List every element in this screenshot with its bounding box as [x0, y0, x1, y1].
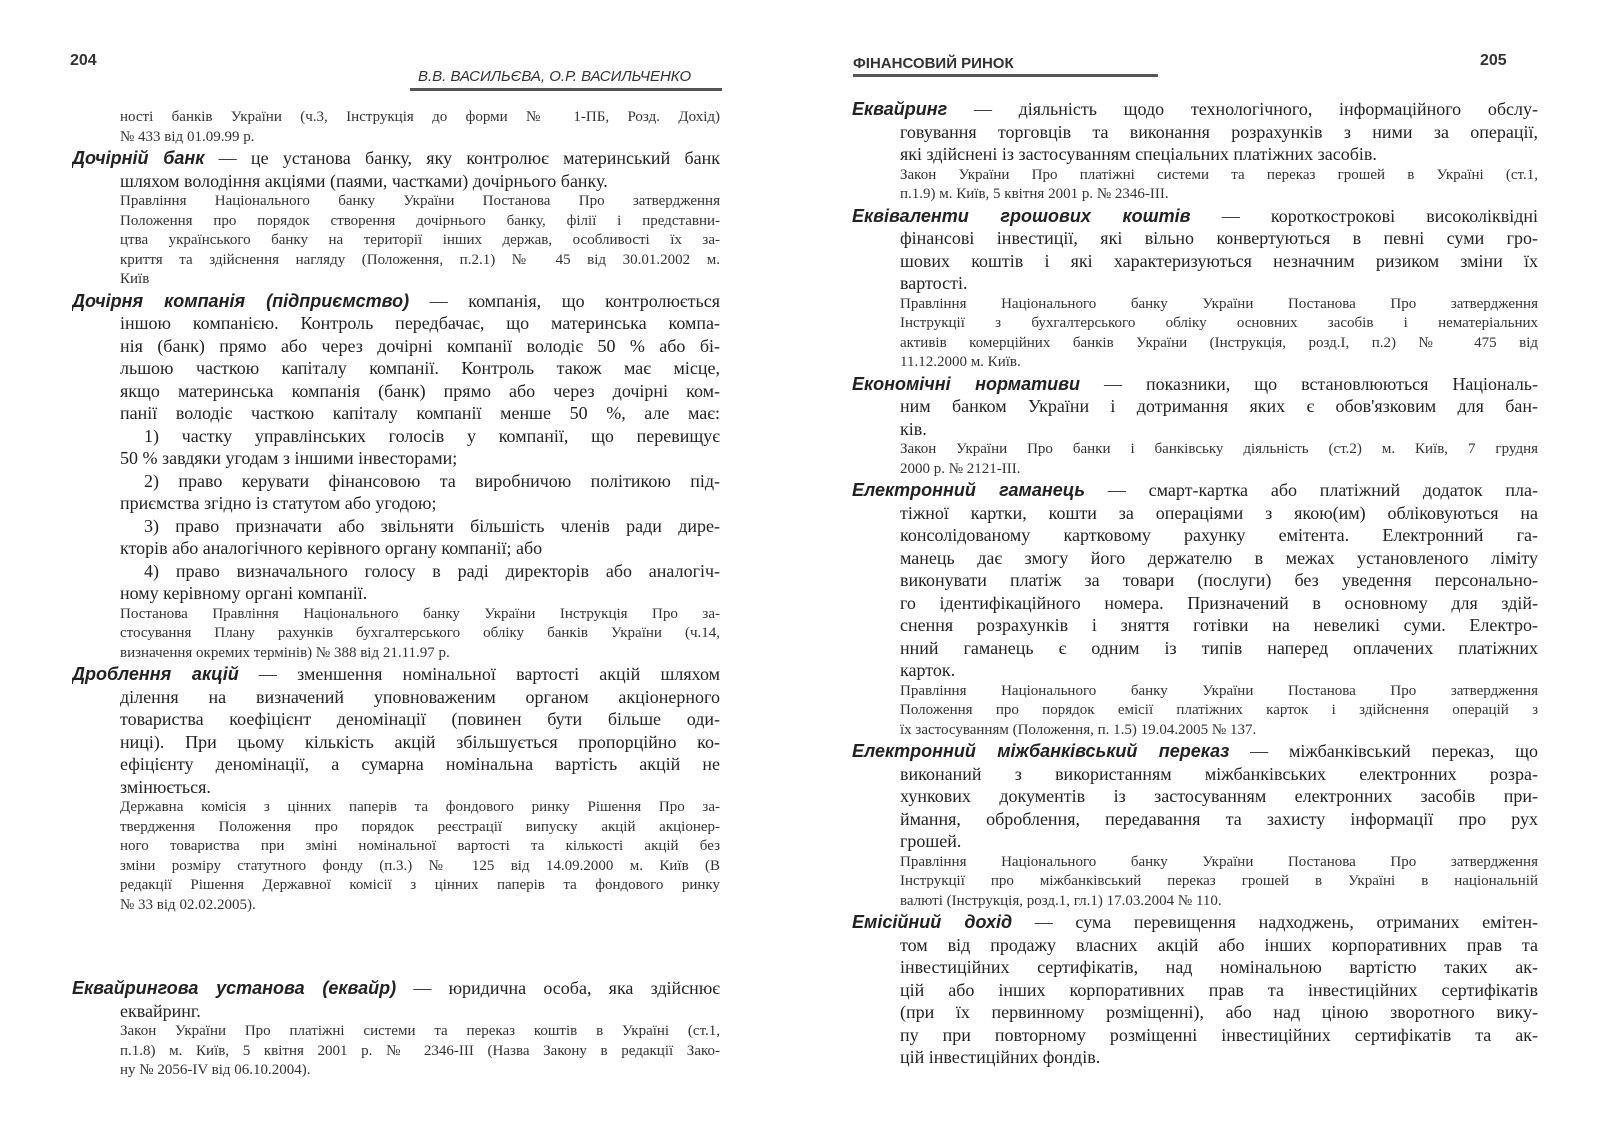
source-reference: № 33 від 02.02.2005).	[72, 896, 720, 916]
source-reference: Державна комісія з цінних паперів та фон…	[72, 798, 720, 818]
header-rule	[853, 74, 1158, 77]
source-reference: Правління Національного банку України По…	[852, 682, 1538, 702]
page-content: Еквайринг — діяльність щодо технологічно…	[852, 98, 1538, 1069]
entry-first-line: Електронний міжбанківський переказ — між…	[852, 740, 1538, 763]
glossary-entry: Дроблення акцій — зменшення номінальної …	[72, 663, 720, 915]
entry-first-line: Економічні нормативи — показники, що вст…	[852, 373, 1538, 396]
source-reference: ності банків України (ч.3, Інструкція до…	[72, 108, 720, 128]
definition-line: льшою часткою капіталу компанії. Контрол…	[72, 357, 720, 380]
definition-line: том від продажу власних акцій або інших …	[852, 934, 1538, 957]
glossary-entry: Еквайрингова установа (еквайр) — юридичн…	[72, 977, 720, 1081]
running-head: В.В. ВАСИЛЬЄВА, О.Р. ВАСИЛЬЧЕНКО	[418, 68, 691, 85]
definition-line: змінюється.	[72, 776, 720, 799]
source-reference: Інструкції про міжбанківський переказ гр…	[852, 872, 1538, 892]
source-reference: твердження Положення про порядок реєстра…	[72, 818, 720, 838]
list-item-line: 1) частку управлінських голосів у компан…	[72, 425, 720, 448]
glossary-entry: Електронний гаманець — смарт-картка або …	[852, 479, 1538, 740]
source-reference: ну № 2056-IV від 06.10.2004).	[72, 1061, 720, 1081]
definition-line: манець дає змогу його держателю в межах …	[852, 547, 1538, 570]
definition-line: виконаний з використанням міжбанківських…	[852, 763, 1538, 786]
entry-first-line: Еквайринг — діяльність щодо технологічно…	[852, 98, 1538, 121]
spacer	[72, 915, 720, 977]
definition-line: карток.	[852, 659, 1538, 682]
definition-line: тіжної картки, кошти за операціями з яко…	[852, 502, 1538, 525]
source-reference: Правління Національного банку України По…	[852, 295, 1538, 315]
glossary-entry: ності банків України (ч.3, Інструкція до…	[72, 108, 720, 147]
definition-text: — діяльність щодо технологічного, інформ…	[947, 99, 1538, 119]
glossary-entry: Електронний міжбанківський переказ — між…	[852, 740, 1538, 911]
definition-text: — зменшення номінальної вартості акцій ш…	[239, 664, 720, 684]
list-item-line: ному керівному органі компанії.	[72, 582, 720, 605]
definition-line: ефіцієнту деномінації, а сумарна номінал…	[72, 753, 720, 776]
glossary-entry: Еквіваленти грошових коштів — короткостр…	[852, 205, 1538, 373]
glossary-entry: Дочірня компанія (підприємство) — компан…	[72, 290, 720, 664]
entry-first-line: Дочірня компанія (підприємство) — компан…	[72, 290, 720, 313]
definition-text: — короткострокові високоліквідні	[1191, 206, 1538, 226]
entry-first-line: Електронний гаманець — смарт-картка або …	[852, 479, 1538, 502]
definition-line: пу при повторному розміщенні інвестиційн…	[852, 1024, 1538, 1047]
source-reference: Правління Національного банку України По…	[852, 853, 1538, 873]
source-reference: п.1.8) м. Київ, 5 квітня 2001 р. № 2346-…	[72, 1042, 720, 1062]
list-item-line: кторів або аналогічного керівного органу…	[72, 537, 720, 560]
definition-line: виконувати платіж за товари (послуги) бе…	[852, 569, 1538, 592]
source-reference: № 433 від 01.09.99 р.	[72, 128, 720, 148]
definition-line: іншою компанією. Контроль передбачає, що…	[72, 312, 720, 335]
source-reference: 11.12.2000 м. Київ.	[852, 353, 1538, 373]
definition-line: снення розрахунків і зняття готівки на н…	[852, 614, 1538, 637]
list-item-line: приємства згідно із статутом або угодою;	[72, 492, 720, 515]
glossary-term: Еквіваленти грошових коштів	[852, 206, 1191, 226]
source-reference: ного товариства при зміні номінальної ва…	[72, 837, 720, 857]
source-reference: Положення про порядок створення дочірньо…	[72, 212, 720, 232]
running-head: ФІНАНСОВИЙ РИНОК	[853, 55, 1014, 72]
source-reference: Закон України Про платіжні системи та пе…	[72, 1022, 720, 1042]
glossary-term: Електронний міжбанківський переказ	[852, 741, 1229, 761]
definition-line: хункових документів із застосуванням еле…	[852, 785, 1538, 808]
definition-line: ділення на визначений уповноваженим орга…	[72, 686, 720, 709]
list-item-line: 3) право призначати або звільняти більші…	[72, 515, 720, 538]
source-reference: 2000 р. № 2121-III.	[852, 460, 1538, 480]
definition-text: — смарт-картка або платіжний додаток пла…	[1085, 480, 1538, 500]
definition-line: фінансові інвестиції, які вільно конверт…	[852, 227, 1538, 250]
entry-first-line: Еквіваленти грошових коштів — короткостр…	[852, 205, 1538, 228]
glossary-entry: Еквайринг — діяльність щодо технологічно…	[852, 98, 1538, 205]
source-reference: визначення окремих термінів) № 388 від 2…	[72, 644, 720, 664]
right-page: ФІНАНСОВИЙ РИНОК 205 Еквайринг — діяльні…	[800, 0, 1614, 1134]
definition-line: товариства коефіцієнт деномінації (повин…	[72, 708, 720, 731]
glossary-term: Еквайринг	[852, 99, 947, 119]
page-content: ності банків України (ч.3, Інструкція до…	[72, 108, 720, 1081]
glossary-term: Дочірня компанія (підприємство)	[72, 291, 409, 311]
header-rule	[410, 88, 722, 91]
source-reference: стосування Плану рахунків бухгалтерськог…	[72, 624, 720, 644]
list-item-line: 2) право керувати фінансовою та виробнич…	[72, 470, 720, 493]
definition-text: — показники, що встановлюються Національ…	[1080, 374, 1538, 394]
source-reference: валюті (Інструкція, розд.1, гл.1) 17.03.…	[852, 892, 1538, 912]
source-reference: активів комерційних банків України (Інст…	[852, 334, 1538, 354]
list-item-line: 50 % завдяки угодам з іншими інвесторами…	[72, 447, 720, 470]
definition-line: цій інвестиційних фондів.	[852, 1046, 1538, 1069]
definition-line: ймання, оброблення, передавання та захис…	[852, 808, 1538, 831]
definition-line: грошей.	[852, 830, 1538, 853]
page-number: 205	[1480, 52, 1507, 70]
definition-line: інвестиційних сертифікатів, над номіналь…	[852, 956, 1538, 979]
definition-line: консолідованому картковому рахунку еміте…	[852, 524, 1538, 547]
definition-line: вартості.	[852, 272, 1538, 295]
entry-first-line: Дроблення акцій — зменшення номінальної …	[72, 663, 720, 686]
definition-line: шових коштів і які характеризуються незн…	[852, 250, 1538, 273]
page-number: 204	[70, 52, 97, 70]
definition-text: — міжбанківський переказ, що	[1229, 741, 1538, 761]
definition-line: цій або інших корпоративних прав та інве…	[852, 979, 1538, 1002]
source-reference: Інструкції з бухгалтерського обліку осно…	[852, 314, 1538, 334]
source-reference: редакції Рішення Державної комісії з цін…	[72, 876, 720, 896]
source-reference: Правління Національного банку України По…	[72, 192, 720, 212]
definition-line: еквайринг.	[72, 1000, 720, 1023]
entry-first-line: Емісійний дохід — сума перевищення надхо…	[852, 911, 1538, 934]
glossary-term: Дроблення акцій	[72, 664, 239, 684]
source-reference: п.1.9) м. Київ, 5 квітня 2001 р. № 2346-…	[852, 185, 1538, 205]
glossary-term: Дочірній банк	[72, 148, 204, 168]
glossary-term: Економічні нормативи	[852, 374, 1080, 394]
entry-first-line: Дочірній банк — це установа банку, яку к…	[72, 147, 720, 170]
definition-text: — це установа банку, яку контролює матер…	[204, 148, 720, 168]
source-reference: Закон України Про платіжні системи та пе…	[852, 166, 1538, 186]
definition-line: го ідентифікаційного номера. Призначений…	[852, 592, 1538, 615]
definition-line: нний гаманець є одним із типів наперед о…	[852, 637, 1538, 660]
source-reference: зміни розміру статутного фонду (п.3.) № …	[72, 857, 720, 877]
definition-text: — юридична особа, яка здійснює	[396, 978, 720, 998]
definition-line: нія (банк) прямо або через дочірні компа…	[72, 335, 720, 358]
definition-text: — компанія, що контролюється	[409, 291, 720, 311]
definition-text: — сума перевищення надходжень, отриманих…	[1012, 912, 1538, 932]
definition-line: (при їх первинному розміщенні), або над …	[852, 1001, 1538, 1024]
source-reference: Київ	[72, 270, 720, 290]
entry-first-line: Еквайрингова установа (еквайр) — юридичн…	[72, 977, 720, 1000]
glossary-term: Еквайрингова установа (еквайр)	[72, 978, 396, 998]
source-reference: їх застосуванням (Положення, п. 1.5) 19.…	[852, 721, 1538, 741]
glossary-entry: Емісійний дохід — сума перевищення надхо…	[852, 911, 1538, 1069]
definition-line: якщо материнська компанія (банк) прямо а…	[72, 380, 720, 403]
definition-line: говування торговців та виконання розраху…	[852, 121, 1538, 144]
glossary-term: Емісійний дохід	[852, 912, 1012, 932]
definition-line: які здійснені із застосуванням спеціальн…	[852, 143, 1538, 166]
definition-line: ниці). При цьому кількість акцій збільшу…	[72, 731, 720, 754]
definition-line: ним банком України і дотримання яких є о…	[852, 395, 1538, 418]
source-reference: криття та здійснення нагляду (Положення,…	[72, 251, 720, 271]
source-reference: Закон України Про банки і банківську дія…	[852, 440, 1538, 460]
glossary-entry: Дочірній банк — це установа банку, яку к…	[72, 147, 720, 290]
source-reference: Постанова Правління Національного банку …	[72, 605, 720, 625]
definition-line: ків.	[852, 418, 1538, 441]
left-page: 204 В.В. ВАСИЛЬЄВА, О.Р. ВАСИЛЬЧЕНКО нос…	[0, 0, 800, 1134]
source-reference: цтва українського банку на території інш…	[72, 231, 720, 251]
definition-line: панії володіє часткою капіталу компанії …	[72, 402, 720, 425]
list-item-line: 4) право визначального голосу в раді дир…	[72, 560, 720, 583]
definition-line: шляхом володіння акціями (паями, часткам…	[72, 170, 720, 193]
glossary-term: Електронний гаманець	[852, 480, 1085, 500]
glossary-entry: Економічні нормативи — показники, що вст…	[852, 373, 1538, 480]
source-reference: Положення про порядок емісії платіжних к…	[852, 701, 1538, 721]
